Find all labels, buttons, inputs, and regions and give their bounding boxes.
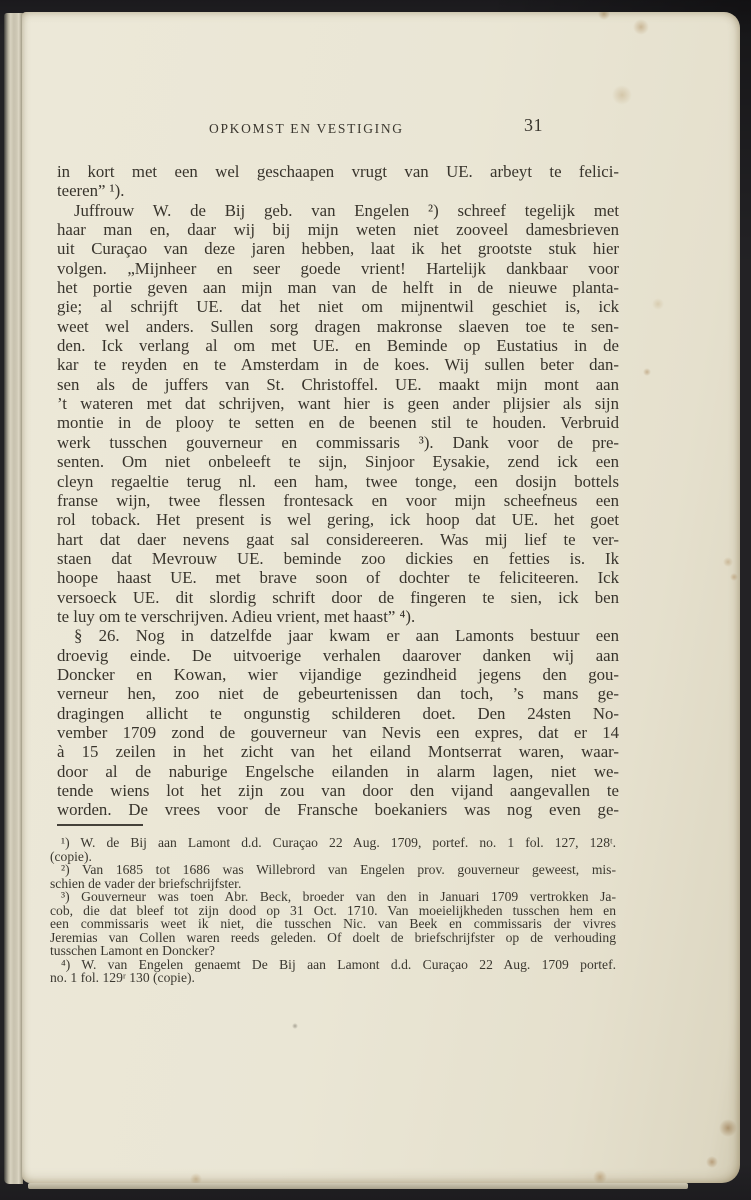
body-line: het portie geven aan mijn man van de hel…: [57, 278, 619, 297]
body-line: droevig einde. De uitvoerige verhalen da…: [57, 646, 619, 665]
body-line: Juffrouw W. de Bij geb. van Engelen ²) s…: [57, 201, 619, 220]
body-line: door al de naburige Engelsche eilanden i…: [57, 762, 619, 781]
underlying-page-bottom-edge: [28, 1183, 688, 1189]
footnote-line: tusschen Lamont en Doncker?: [50, 944, 616, 958]
body-line: senten. Om niet onbeleeft te sijn, Sinjo…: [57, 452, 619, 471]
body-line: sen als de juffers van St. Christoffel. …: [57, 375, 619, 394]
body-line: cleyn regaeltie terug nl. een ham, twee …: [57, 472, 619, 491]
body-line: in kort met een wel geschaapen vrugt van…: [57, 162, 619, 181]
body-line: volgen. „Mijnheer en seer goede vrient! …: [57, 259, 619, 278]
footnote-separator: [57, 824, 143, 826]
body-line: hart dat daer nevens gaat sal consideree…: [57, 530, 619, 549]
body-line: § 26. Nog in datzelfde jaar kwam er aan …: [57, 626, 619, 645]
body-line: kar te reyden en te Amsterdam in de koes…: [57, 355, 619, 374]
body-text: in kort met een wel geschaapen vrugt van…: [57, 162, 619, 820]
body-line: verneur hen, zoo niet de gebeurtenissen …: [57, 684, 619, 703]
footnote-line: ²) Van 1685 tot 1686 was Willebrord van …: [50, 863, 616, 877]
body-line: versoeck UE. dit slordig schrift door de…: [57, 588, 619, 607]
body-line: haar man en, daar wij bij mijn weten nie…: [57, 220, 619, 239]
scanned-book-page: OPKOMST EN VESTIGING 31 in kort met een …: [0, 0, 751, 1200]
footnote-line: no. 1 fol. 129ʳ 130 (copie).: [50, 971, 616, 985]
body-line: uit Curaçao van deze jaren hebben, laat …: [57, 239, 619, 258]
book-gutter-page-edges: [4, 13, 23, 1184]
body-line: franse wijn, twee flessen frontesack en …: [57, 491, 619, 510]
body-line: gie; al schrijft UE. dat het niet om mij…: [57, 297, 619, 316]
footnote-line: ¹) W. de Bij aan Lamont d.d. Curaçao 22 …: [50, 836, 616, 850]
footnotes: ¹) W. de Bij aan Lamont d.d. Curaçao 22 …: [50, 836, 616, 985]
body-line: à 15 zeilen in het zicht van het eiland …: [57, 742, 619, 761]
footnote-line: ³) Gouverneur was toen Abr. Beck, broede…: [50, 890, 616, 904]
body-line: tende wiens lot het zijn zou van door de…: [57, 781, 619, 800]
page-number: 31: [524, 115, 543, 136]
body-line: Doncker en Kowan, wier vijandige gezindh…: [57, 665, 619, 684]
footnote-line: ⁴) W. van Engelen genaemt De Bij aan Lam…: [50, 958, 616, 972]
footnote-line: Jeremias van Collen waren reeds geleden.…: [50, 931, 616, 945]
body-line: te luy om te verschrijven. Adieu vrient,…: [57, 607, 619, 626]
body-line: weet wel anders. Sullen sorg dragen makr…: [57, 317, 619, 336]
body-line: teeren” ¹).: [57, 181, 619, 200]
body-line: ’t wateren met dat schrijven, want hier …: [57, 394, 619, 413]
footnote-line: (copie).: [50, 850, 616, 864]
body-line: hoope haast UE. met brave soon of dochte…: [57, 568, 619, 587]
footnote-line: een commissaris weet ik niet, die tussch…: [50, 917, 616, 931]
body-line: vember 1709 zond de gouverneur van Nevis…: [57, 723, 619, 742]
footnote-line: cob, die dat bleef tot zijn dood op 31 O…: [50, 904, 616, 918]
running-header-title: OPKOMST EN VESTIGING: [209, 121, 404, 137]
body-line: werk tusschen gouverneur en commissaris …: [57, 433, 619, 452]
body-line: rol toback. Het present is wel gering, i…: [57, 510, 619, 529]
body-line: montie in de plooy te setten en de beene…: [57, 413, 619, 432]
body-line: dragingen allicht te ongunstig schildere…: [57, 704, 619, 723]
footnote-line: schien de vader der briefschrijfster.: [50, 877, 616, 891]
body-line: worden. De vrees voor de Fransche boekan…: [57, 800, 619, 819]
body-line: den. Ick verlang al om met UE. en Bemind…: [57, 336, 619, 355]
paper-page: OPKOMST EN VESTIGING 31 in kort met een …: [22, 12, 740, 1183]
body-line: staen dat Mevrouw UE. beminde zoo dickie…: [57, 549, 619, 568]
